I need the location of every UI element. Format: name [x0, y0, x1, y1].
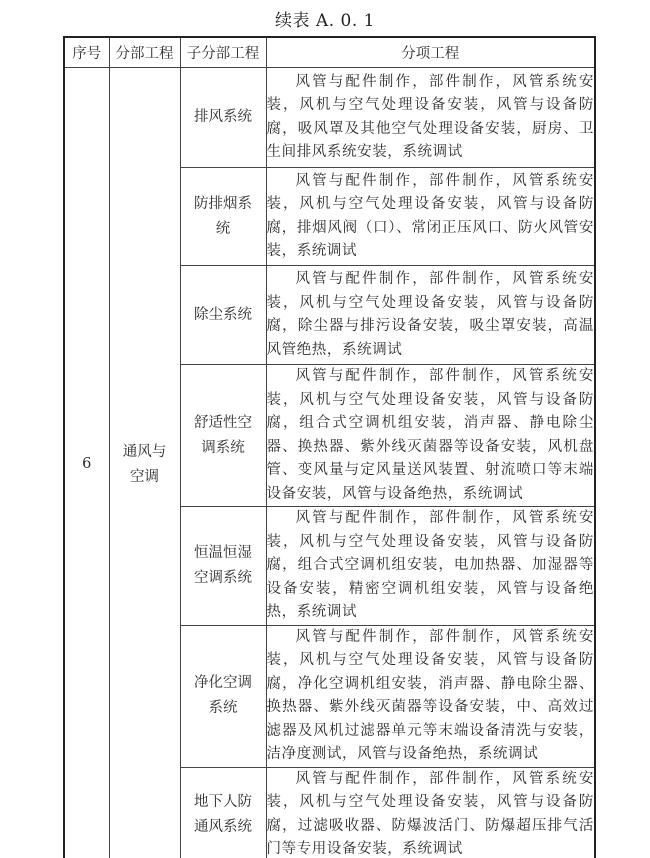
items-text: 风管与配件制作，部件制作，风管系统安装，风机与空气处理设备安装，风管与设备防腐，… — [267, 170, 595, 264]
subdivision-cell: 防排烟系统 — [180, 168, 266, 266]
subdivision-text: 除尘系统 — [194, 303, 252, 328]
engineering-division-table: 序号 分部工程 子分部工程 分项工程 6 通风与空调 排风系统 风管与配件制作，… — [63, 36, 596, 858]
subdivision-text: 净化空调系统 — [193, 671, 253, 721]
division-text: 通风与空调 — [123, 440, 167, 490]
items-text: 风管与配件制作，部件制作，风管系统安装，风机与空气处理设备安装，风管与设备防腐，… — [267, 626, 595, 767]
header-seq: 序号 — [64, 37, 109, 68]
subdivision-cell: 除尘系统 — [180, 266, 266, 365]
division-cell: 通风与空调 — [109, 68, 180, 858]
items-text: 风管与配件制作，部件制作，风管系统安装，风机与空气处理设备安装，风管与设备防腐，… — [267, 268, 595, 362]
subdivision-text: 地下人防通风系统 — [193, 790, 253, 840]
items-text: 风管与配件制作，部件制作，风管系统安装，风机与空气处理设备安装，风管与设备防腐，… — [267, 768, 595, 858]
subdivision-text: 舒适性空调系统 — [187, 411, 259, 461]
items-cell: 风管与配件制作，部件制作，风管系统安装，风机与空气处理设备安装，风管与设备防腐，… — [266, 168, 595, 266]
header-items: 分项工程 — [266, 37, 595, 68]
items-cell: 风管与配件制作，部件制作，风管系统安装，风机与空气处理设备安装，风管与设备防腐，… — [266, 68, 595, 168]
seq-cell: 6 — [64, 68, 109, 858]
items-cell: 风管与配件制作，部件制作，风管系统安装，风机与空气处理设备安装，风管与设备防腐，… — [266, 266, 595, 365]
header-subdivision: 子分部工程 — [180, 37, 266, 68]
items-cell: 风管与配件制作，部件制作，风管系统安装，风机与空气处理设备安装，风管与设备防腐，… — [266, 507, 595, 626]
items-cell: 风管与配件制作，部件制作，风管系统安装，风机与空气处理设备安装，风管与设备防腐，… — [266, 767, 595, 858]
subdivision-cell: 舒适性空调系统 — [180, 365, 266, 507]
subdivision-text: 排风系统 — [194, 105, 252, 130]
subdivision-text: 恒温恒湿空调系统 — [193, 541, 253, 591]
items-text: 风管与配件制作，部件制作，风管系统安装，风机与空气处理设备安装，风管与设备防腐，… — [267, 71, 595, 165]
subdivision-cell: 恒温恒湿空调系统 — [180, 507, 266, 626]
subdivision-cell: 排风系统 — [180, 68, 266, 168]
items-cell: 风管与配件制作，部件制作，风管系统安装，风机与空气处理设备安装，风管与设备防腐，… — [266, 625, 595, 767]
table-header-row: 序号 分部工程 子分部工程 分项工程 — [64, 37, 595, 68]
subdivision-cell: 净化空调系统 — [180, 625, 266, 767]
subdivision-cell: 地下人防通风系统 — [180, 767, 266, 858]
items-text: 风管与配件制作，部件制作，风管系统安装，风机与空气处理设备安装，风管与设备防腐，… — [267, 365, 595, 506]
header-division: 分部工程 — [109, 37, 180, 68]
subdivision-text: 防排烟系统 — [187, 192, 259, 242]
items-text: 风管与配件制作，部件制作，风管系统安装，风机与空气处理设备安装，风管与设备防腐，… — [267, 507, 595, 625]
table-row: 6 通风与空调 排风系统 风管与配件制作，部件制作，风管系统安装，风机与空气处理… — [64, 68, 595, 168]
table-caption: 续表 A. 0. 1 — [0, 6, 650, 31]
items-cell: 风管与配件制作，部件制作，风管系统安装，风机与空气处理设备安装，风管与设备防腐，… — [266, 365, 595, 507]
